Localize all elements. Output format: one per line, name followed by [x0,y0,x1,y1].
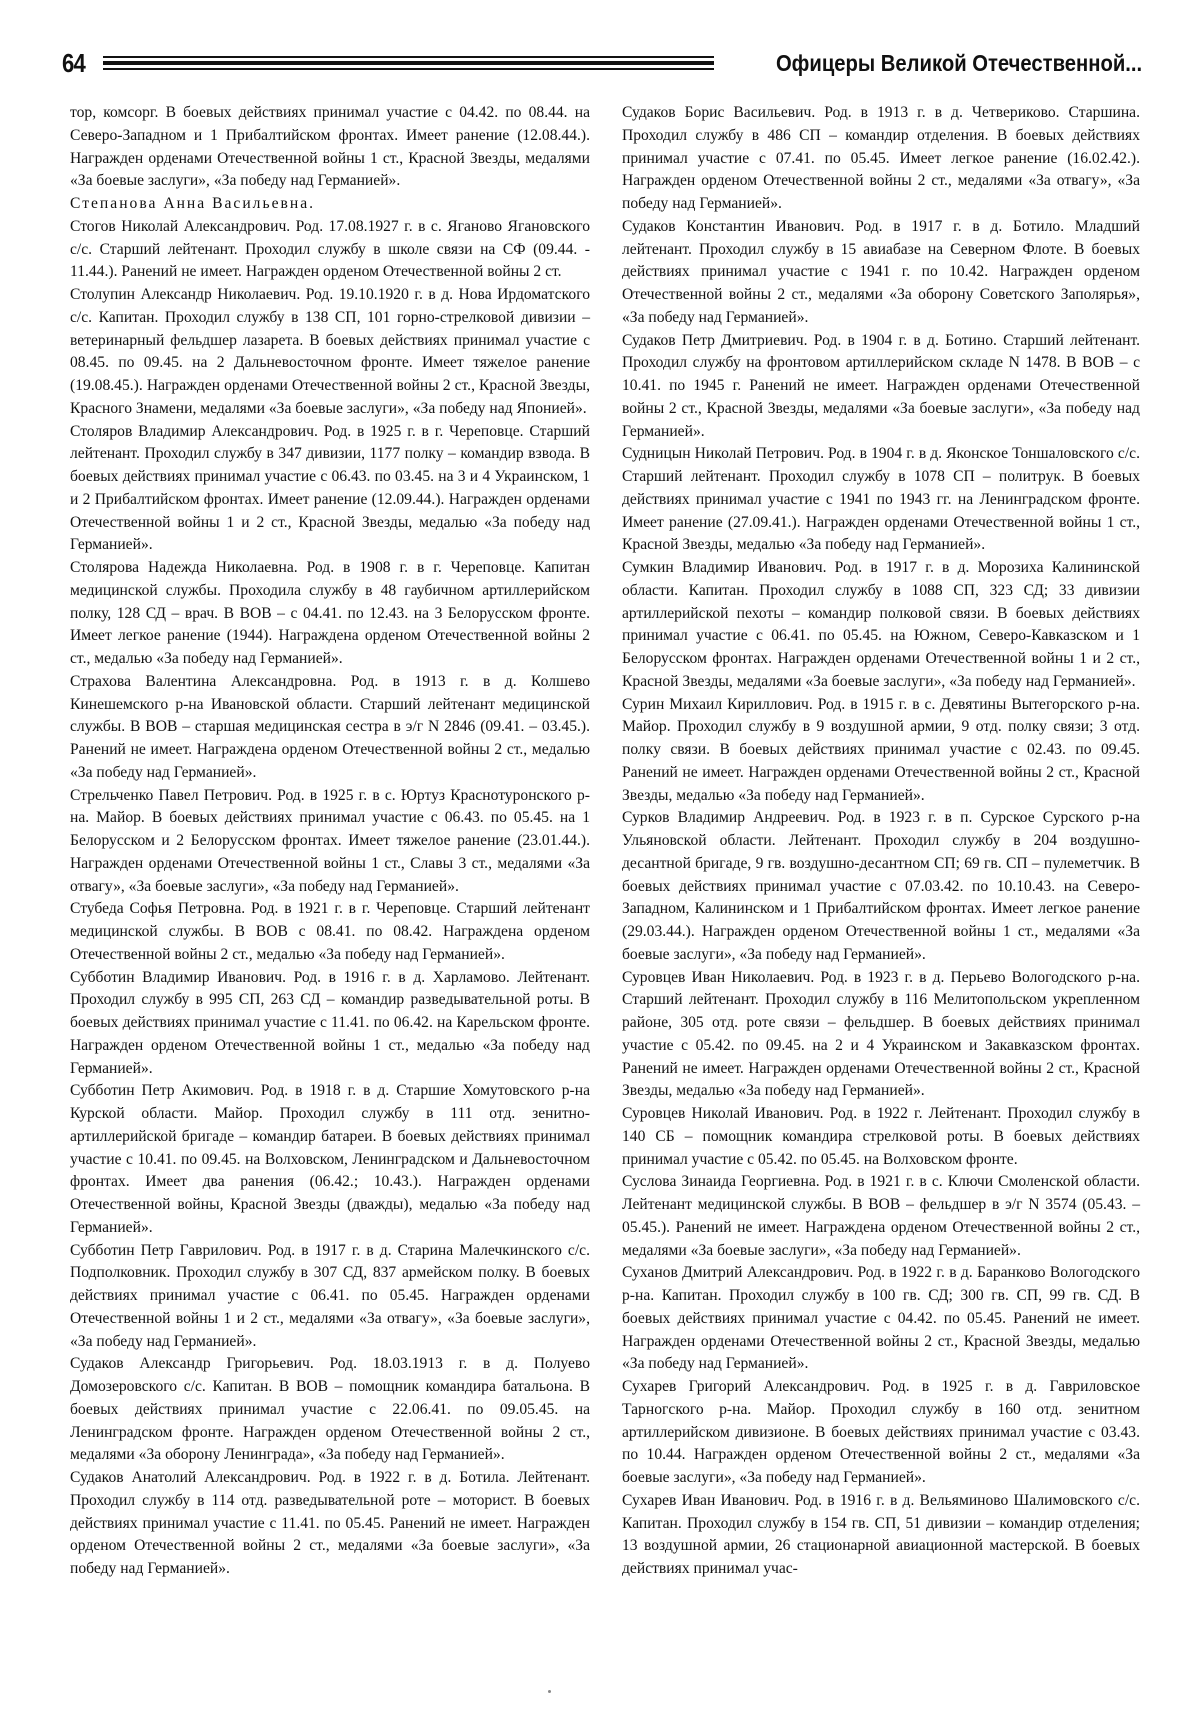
entry: Стогов Николай Александрович. Род. 17.08… [70,216,590,284]
entry: Степанова Анна Васильевна. [70,193,590,216]
entry: Судаков Борис Васильевич. Род. в 1913 г.… [622,102,1140,216]
entry: Сумкин Владимир Иванович. Род. в 1917 г.… [622,557,1140,694]
left-column: тор, комсорг. В боевых действиях принима… [70,102,590,1581]
entry: Столупин Александр Николаевич. Род. 19.1… [70,284,590,421]
entry: Суровцев Иван Николаевич. Род. в 1923 г.… [622,967,1140,1104]
entry: Столяров Владимир Александрович. Род. в … [70,421,590,558]
entry: Судаков Константин Иванович. Род. в 1917… [622,216,1140,330]
scan-speck [548,1690,551,1693]
entry-continuation: тор, комсорг. В боевых действиях принима… [70,102,590,193]
entry: Судницын Николай Петрович. Род. в 1904 г… [622,443,1140,557]
entry: Сухарев Григорий Александрович. Род. в 1… [622,1376,1140,1490]
entry: Сурин Михаил Кириллович. Род. в 1915 г. … [622,694,1140,808]
entry: Суровцев Николай Иванович. Род. в 1922 г… [622,1103,1140,1171]
entry: Субботин Владимир Иванович. Род. в 1916 … [70,967,590,1081]
running-title: Офицеры Великой Отечественной... [776,50,1142,77]
entry: Стубеда Софья Петровна. Род. в 1921 г. в… [70,898,590,966]
entry: Судаков Анатолий Александрович. Род. в 1… [70,1467,590,1581]
page-number: 64 [62,48,85,79]
entry: Сурков Владимир Андреевич. Род. в 1923 г… [622,807,1140,966]
entry: Столярова Надежда Николаевна. Род. в 190… [70,557,590,671]
right-column: Судаков Борис Васильевич. Род. в 1913 г.… [622,102,1140,1581]
entry: Субботин Петр Гаврилович. Род. в 1917 г.… [70,1240,590,1354]
entry: Судаков Петр Дмитриевич. Род. в 1904 г. … [622,330,1140,444]
entry: Страхова Валентина Александровна. Род. в… [70,671,590,785]
entry: Суханов Дмитрий Александрович. Род. в 19… [622,1262,1140,1376]
entry-continued: Сухарев Иван Иванович. Род. в 1916 г. в … [622,1490,1140,1581]
entry: Субботин Петр Акимович. Род. в 1918 г. в… [70,1080,590,1239]
page-header: 64 Офицеры Великой Отечественной... [62,46,1142,80]
entry: Судаков Александр Григорьевич. Род. 18.0… [70,1353,590,1467]
header-rule [103,56,714,70]
entry: Суслова Зинаида Георгиевна. Род. в 1921 … [622,1171,1140,1262]
entry: Стрельченко Павел Петрович. Род. в 1925 … [70,785,590,899]
